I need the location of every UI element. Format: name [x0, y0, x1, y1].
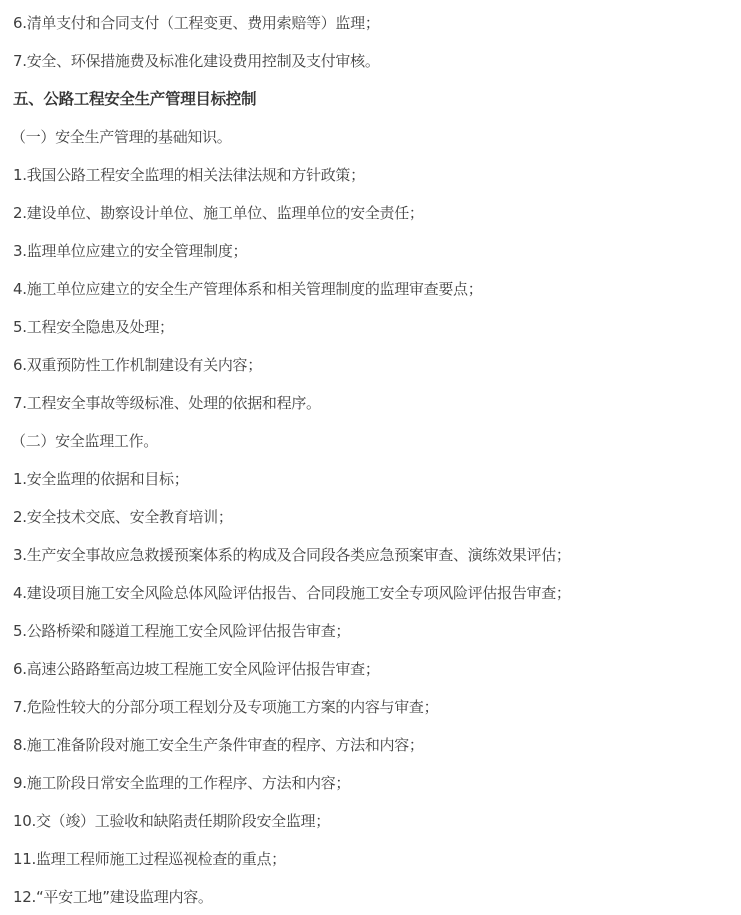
- list-item: 11.监理工程师施工过程巡视检查的重点；: [13, 849, 286, 869]
- document-body: 6.清单支付和合同支付（工程变更、费用索赔等）监理； 7.安全、环保措施费及标准…: [0, 0, 741, 915]
- list-item: 1.安全监理的依据和目标；: [13, 469, 188, 489]
- list-item: 6.清单支付和合同支付（工程变更、费用索赔等）监理；: [13, 13, 380, 33]
- list-item: 3.监理单位应建立的安全管理制度；: [13, 241, 247, 261]
- subsection-heading: （一）安全生产管理的基础知识。: [11, 127, 232, 147]
- list-item: 1.我国公路工程安全监理的相关法律法规和方针政策；: [13, 165, 365, 185]
- list-item: 3.生产安全事故应急救援预案体系的构成及合同段各类应急预案审查、演练效果评估；: [13, 545, 571, 565]
- list-item: 2.安全技术交底、安全教育培训；: [13, 507, 233, 527]
- list-item: 2.建设单位、勘察设计单位、施工单位、监理单位的安全责任；: [13, 203, 424, 223]
- list-item: 7.工程安全事故等级标准、处理的依据和程序。: [13, 393, 321, 413]
- subsection-heading: （二）安全监理工作。: [11, 431, 158, 451]
- section-heading: 五、公路工程安全生产管理目标控制: [13, 89, 256, 109]
- list-item: 4.施工单位应建立的安全生产管理体系和相关管理制度的监理审查要点；: [13, 279, 482, 299]
- list-item: 6.高速公路路堑高边坡工程施工安全风险评估报告审查；: [13, 659, 380, 679]
- list-item: 5.公路桥梁和隧道工程施工安全风险评估报告审查；: [13, 621, 350, 641]
- list-item: 10.交（竣）工验收和缺陷责任期阶段安全监理；: [13, 811, 330, 831]
- list-item: 7.安全、环保措施费及标准化建设费用控制及支付审核。: [13, 51, 380, 71]
- list-item: 5.工程安全隐患及处理；: [13, 317, 174, 337]
- list-item: 12.“平安工地”建设监理内容。: [13, 887, 213, 907]
- list-item: 7.危险性较大的分部分项工程划分及专项施工方案的内容与审查；: [13, 697, 438, 717]
- list-item: 9.施工阶段日常安全监理的工作程序、方法和内容；: [13, 773, 350, 793]
- list-item: 8.施工准备阶段对施工安全生产条件审查的程序、方法和内容；: [13, 735, 424, 755]
- list-item: 6.双重预防性工作机制建设有关内容；: [13, 355, 262, 375]
- list-item: 4.建设项目施工安全风险总体风险评估报告、合同段施工安全专项风险评估报告审查；: [13, 583, 571, 603]
